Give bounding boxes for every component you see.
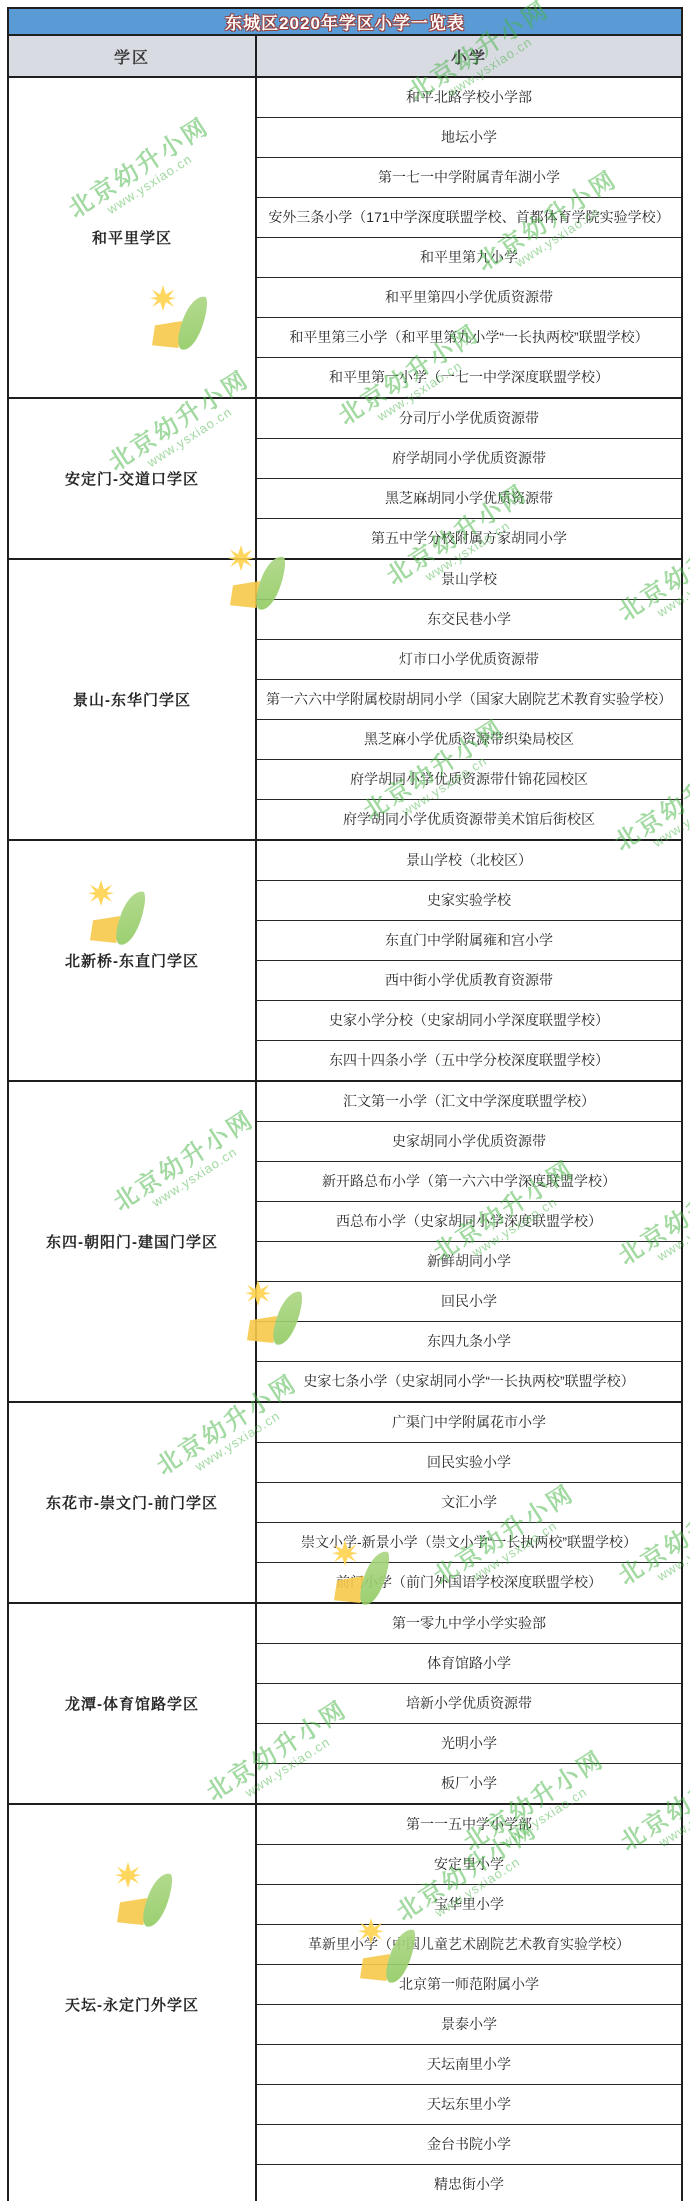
school-cell: 和平里第四小学优质资源带 <box>256 278 682 318</box>
school-cell: 天坛南里小学 <box>256 2045 682 2085</box>
school-cell: 景山学校（北校区） <box>256 840 682 881</box>
school-cell: 文汇小学 <box>256 1483 682 1523</box>
column-header-district: 学区 <box>8 35 256 77</box>
school-cell: 新开路总布小学（第一六六中学深度联盟学校） <box>256 1162 682 1202</box>
school-cell: 黑芝麻胡同小学优质资源带 <box>256 479 682 519</box>
school-cell: 灯市口小学优质资源带 <box>256 640 682 680</box>
school-cell: 广渠门中学附属花市小学 <box>256 1402 682 1443</box>
school-cell: 新鲜胡同小学 <box>256 1242 682 1282</box>
table-row: 和平里学区和平北路学校小学部 <box>8 77 682 118</box>
school-cell: 和平里第三小学（和平里第九小学“一长执两校”联盟学校） <box>256 318 682 358</box>
school-cell: 和平里第九小学 <box>256 238 682 278</box>
school-cell: 景泰小学 <box>256 2005 682 2045</box>
school-cell: 和平北路学校小学部 <box>256 77 682 118</box>
school-cell: 东四十四条小学（五中学分校深度联盟学校） <box>256 1041 682 1082</box>
school-cell: 北京第一师范附属小学 <box>256 1965 682 2005</box>
district-cell: 北新桥-东直门学区 <box>8 840 256 1081</box>
school-cell: 府学胡同小学优质资源带 <box>256 439 682 479</box>
school-cell: 汇文第一小学（汇文中学深度联盟学校） <box>256 1081 682 1122</box>
page: 东城区2020年学区小学一览表 学区 小学 和平里学区和平北路学校小学部地坛小学… <box>0 0 690 2201</box>
school-cell: 景山学校 <box>256 559 682 600</box>
school-cell: 史家胡同小学优质资源带 <box>256 1122 682 1162</box>
table-row: 安定门-交道口学区分司厅小学优质资源带 <box>8 398 682 439</box>
district-cell: 龙潭-体育馆路学区 <box>8 1603 256 1804</box>
school-cell: 第一七一中学附属青年湖小学 <box>256 158 682 198</box>
table-row: 北新桥-东直门学区景山学校（北校区） <box>8 840 682 881</box>
school-cell: 史家七条小学（史家胡同小学“一长执两校”联盟学校） <box>256 1362 682 1403</box>
header-row: 学区 小学 <box>8 35 682 77</box>
school-cell: 精忠街小学 <box>256 2165 682 2201</box>
school-district-table: 学区 小学 和平里学区和平北路学校小学部地坛小学第一七一中学附属青年湖小学安外三… <box>7 34 683 2201</box>
school-cell: 和平里第一小学（一七一中学深度联盟学校） <box>256 358 682 399</box>
school-cell: 体育馆路小学 <box>256 1644 682 1684</box>
school-cell: 崇文小学-新景小学（崇文小学“一长执两校”联盟学校） <box>256 1523 682 1563</box>
school-cell: 府学胡同小学优质资源带什锦花园校区 <box>256 760 682 800</box>
school-cell: 地坛小学 <box>256 118 682 158</box>
school-cell: 金台书院小学 <box>256 2125 682 2165</box>
school-cell: 革新里小学（中国儿童艺术剧院艺术教育实验学校） <box>256 1925 682 1965</box>
school-cell: 回民小学 <box>256 1282 682 1322</box>
school-cell: 培新小学优质资源带 <box>256 1684 682 1724</box>
school-cell: 西总布小学（史家胡同小学深度联盟学校） <box>256 1202 682 1242</box>
page-title: 东城区2020年学区小学一览表 <box>7 7 683 34</box>
school-cell: 宝华里小学 <box>256 1885 682 1925</box>
school-cell: 分司厅小学优质资源带 <box>256 398 682 439</box>
school-cell: 府学胡同小学优质资源带美术馆后街校区 <box>256 800 682 841</box>
school-cell: 史家实验学校 <box>256 881 682 921</box>
table-row: 东花市-崇文门-前门学区广渠门中学附属花市小学 <box>8 1402 682 1443</box>
school-cell: 板厂小学 <box>256 1764 682 1805</box>
district-cell: 景山-东华门学区 <box>8 559 256 840</box>
school-cell: 安外三条小学（171中学深度联盟学校、首都体育学院实验学校） <box>256 198 682 238</box>
district-cell: 东花市-崇文门-前门学区 <box>8 1402 256 1603</box>
school-cell: 光明小学 <box>256 1724 682 1764</box>
table-row: 景山-东华门学区景山学校 <box>8 559 682 600</box>
district-cell: 东四-朝阳门-建国门学区 <box>8 1081 256 1402</box>
school-cell: 前门小学（前门外国语学校深度联盟学校） <box>256 1563 682 1604</box>
school-cell: 安定里小学 <box>256 1845 682 1885</box>
school-cell: 回民实验小学 <box>256 1443 682 1483</box>
table-row: 东四-朝阳门-建国门学区汇文第一小学（汇文中学深度联盟学校） <box>8 1081 682 1122</box>
school-cell: 第五中学分校附属方家胡同小学 <box>256 519 682 560</box>
column-header-school: 小学 <box>256 35 682 77</box>
school-cell: 天坛东里小学 <box>256 2085 682 2125</box>
district-cell: 天坛-永定门外学区 <box>8 1804 256 2201</box>
school-cell: 黑芝麻小学优质资源带织染局校区 <box>256 720 682 760</box>
school-cell: 第一一五中学小学部 <box>256 1804 682 1845</box>
school-cell: 第一六六中学附属校尉胡同小学（国家大剧院艺术教育实验学校） <box>256 680 682 720</box>
table-row: 龙潭-体育馆路学区第一零九中学小学实验部 <box>8 1603 682 1644</box>
school-cell: 东直门中学附属雍和宫小学 <box>256 921 682 961</box>
school-cell: 东四九条小学 <box>256 1322 682 1362</box>
table-row: 天坛-永定门外学区第一一五中学小学部 <box>8 1804 682 1845</box>
school-cell: 东交民巷小学 <box>256 600 682 640</box>
school-cell: 西中街小学优质教育资源带 <box>256 961 682 1001</box>
district-cell: 安定门-交道口学区 <box>8 398 256 559</box>
school-cell: 第一零九中学小学实验部 <box>256 1603 682 1644</box>
district-cell: 和平里学区 <box>8 77 256 398</box>
school-cell: 史家小学分校（史家胡同小学深度联盟学校） <box>256 1001 682 1041</box>
